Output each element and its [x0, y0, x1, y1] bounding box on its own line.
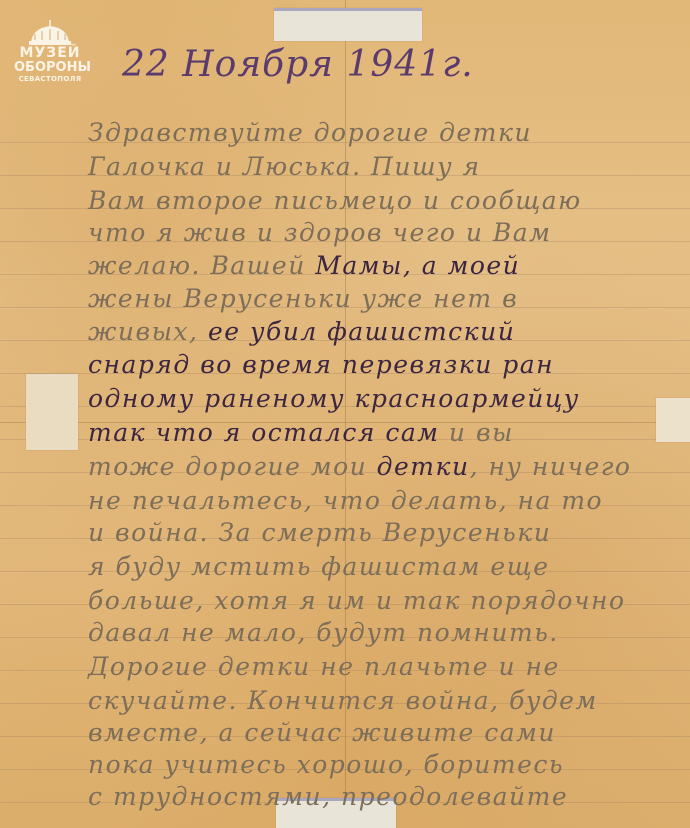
- letter-line: Галочка и Люська. Пишу я: [88, 152, 481, 181]
- letter-line: жены Верусеньки уже нет в: [88, 284, 518, 313]
- letter-line: и война. За смерть Верусеньки: [88, 518, 551, 547]
- logo-text-museum: МУЗЕЙ: [14, 46, 86, 61]
- letter-line: желаю. Вашей Мамы, а моей: [88, 251, 520, 280]
- letter-line: тоже дорогие мои детки, ну ничего: [88, 452, 631, 481]
- letter-date: 22 Ноября 1941г.: [122, 44, 474, 85]
- letter-line: одному раненому красноармейцу: [88, 384, 580, 413]
- letter-text-pencil: , ну ничего: [470, 452, 632, 481]
- letter-page: МУЗЕЙ ОБОРОНЫ СЕВАСТОПОЛЯ 22 Ноября 1941…: [0, 0, 690, 828]
- letter-text-ink: так что я остался сам: [88, 418, 449, 447]
- letter-line: снаряд во время перевязки ран: [88, 350, 554, 379]
- logo-text-defense: ОБОРОНЫ: [14, 61, 86, 75]
- letter-line: Вам второе письмецо и сообщаю: [88, 186, 582, 215]
- letter-line: Дорогие детки не плачьте и не: [88, 652, 560, 681]
- logo-text-sevastopol: СЕВАСТОПОЛЯ: [14, 75, 86, 84]
- letter-line: вместе, а сейчас живите сами: [88, 718, 556, 747]
- museum-logo: МУЗЕЙ ОБОРОНЫ СЕВАСТОПОЛЯ: [14, 20, 86, 104]
- letter-line: Здравствуйте дорогие детки: [88, 118, 532, 147]
- letter-line: давал не мало, будут помнить.: [88, 618, 559, 647]
- letter-line: так что я остался сам и вы: [88, 418, 514, 447]
- tape-left: [26, 374, 78, 450]
- letter-line: больше, хотя я им и так порядочно: [88, 586, 626, 615]
- letter-text-ink: детки: [377, 452, 470, 481]
- letter-line: пока учитесь хорошо, боритесь: [88, 750, 564, 779]
- letter-text-pencil: и вы: [449, 418, 514, 447]
- letter-line: что я жив и здоров чего и Вам: [88, 218, 551, 247]
- letter-text-pencil: желаю. Вашей: [88, 251, 315, 280]
- letter-text-ink: ее убил фашистский: [208, 317, 515, 346]
- letter-line: живых, ее убил фашистский: [88, 317, 515, 346]
- letter-text-pencil: живых,: [88, 317, 208, 346]
- letter-text-ink: Мамы, а моей: [315, 251, 520, 280]
- panorama-dome-icon: [27, 20, 73, 46]
- tape-right: [656, 398, 690, 442]
- letter-line: с трудностями, преодолевайте: [88, 782, 568, 811]
- letter-line: скучайте. Кончится война, будем: [88, 686, 598, 715]
- letter-line: я буду мстить фашистам еще: [88, 552, 550, 581]
- letter-line: не печальтесь, что делать, на то: [88, 486, 603, 515]
- tape-top: [274, 8, 422, 41]
- letter-text-pencil: тоже дорогие мои: [88, 452, 377, 481]
